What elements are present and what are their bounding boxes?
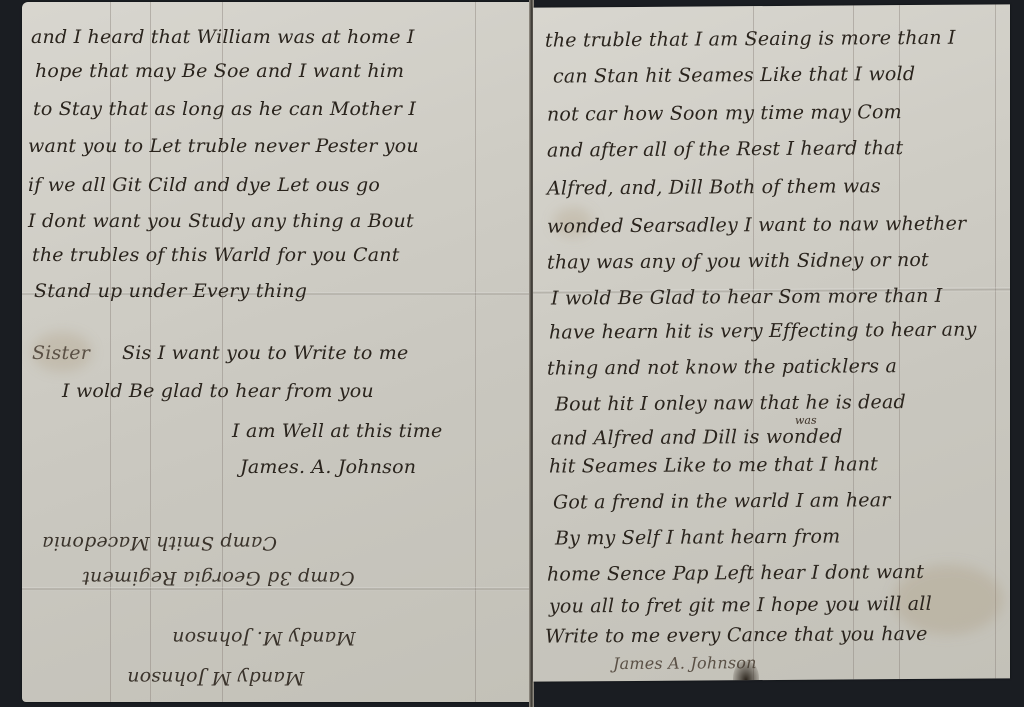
body-line: Stand up under Every thing (34, 280, 307, 302)
body-line: home Sence Pap Left hear I dont want (547, 561, 924, 586)
body-line: can Stan hit Seames Like that I wold (553, 63, 915, 88)
body-line: if we all Git Cild and dye Let ous go (28, 174, 380, 196)
upside-down-address: Mandy M. Johnson (172, 627, 356, 649)
body-line: I wold Be Glad to hear Som more than I (551, 285, 943, 310)
body-line: and I heard that William was at home I (31, 26, 415, 48)
body-line: thing and not know the paticklers a (547, 355, 897, 379)
body-line: you all to fret git me I hope you will a… (549, 593, 932, 618)
body-line: wonded Searsadley I want to naw whether (547, 213, 966, 238)
body-line: By my Self I hant hearn from (555, 526, 840, 550)
margin-note: Sister (32, 342, 90, 364)
body-line: hit Seames Like to me that I hant (549, 453, 878, 477)
body-line: Alfred, and, Dill Both of them was (547, 175, 881, 199)
body-line: hope that may Be Soe and I want him (35, 60, 404, 82)
body-line: Write to me every Cance that you have (545, 623, 928, 648)
body-line: I dont want you Study any thing a Bout (28, 210, 414, 232)
body-line: not car how Soon my time may Com (547, 101, 902, 125)
closing-line: I wold Be glad to hear from you (62, 380, 374, 402)
closing-line: I am Well at this time (232, 420, 442, 442)
body-line: and after all of the Rest I heard that (547, 137, 903, 161)
body-line: Bout hit I onley naw that he is dead (555, 391, 906, 415)
body-line: want you to Let truble never Pester you (28, 135, 419, 157)
left-page: and I heard that William was at home I h… (22, 2, 531, 702)
body-line: thay was any of you with Sidney or not (547, 249, 929, 274)
upside-down-address: Camp 3d Georgia Regiment (82, 567, 355, 589)
body-line: Got a frend in the warld I am hear (553, 489, 891, 513)
signature: James. A. Johnson (240, 456, 416, 478)
closing-line: Sis I want you to Write to me (122, 342, 408, 364)
ruled-line (475, 2, 476, 702)
body-line: the trubles of this Warld for you Cant (32, 244, 400, 266)
body-line: and Alfred and Dill is wonded (551, 426, 843, 450)
upside-down-address: Camp Smith Macedonia (42, 532, 277, 554)
ruled-line (995, 4, 996, 678)
body-line: have hearn hit is very Effecting to hear… (549, 319, 977, 344)
body-line: to Stay that as long as he can Mother I (33, 98, 416, 120)
body-line: the truble that I am Seaing is more than… (545, 27, 956, 52)
right-page: the truble that I am Seaing is more than… (533, 4, 1010, 681)
upside-down-address: Mandy M Johnson (127, 667, 304, 689)
letter-photo: and I heard that William was at home I h… (0, 0, 1024, 707)
